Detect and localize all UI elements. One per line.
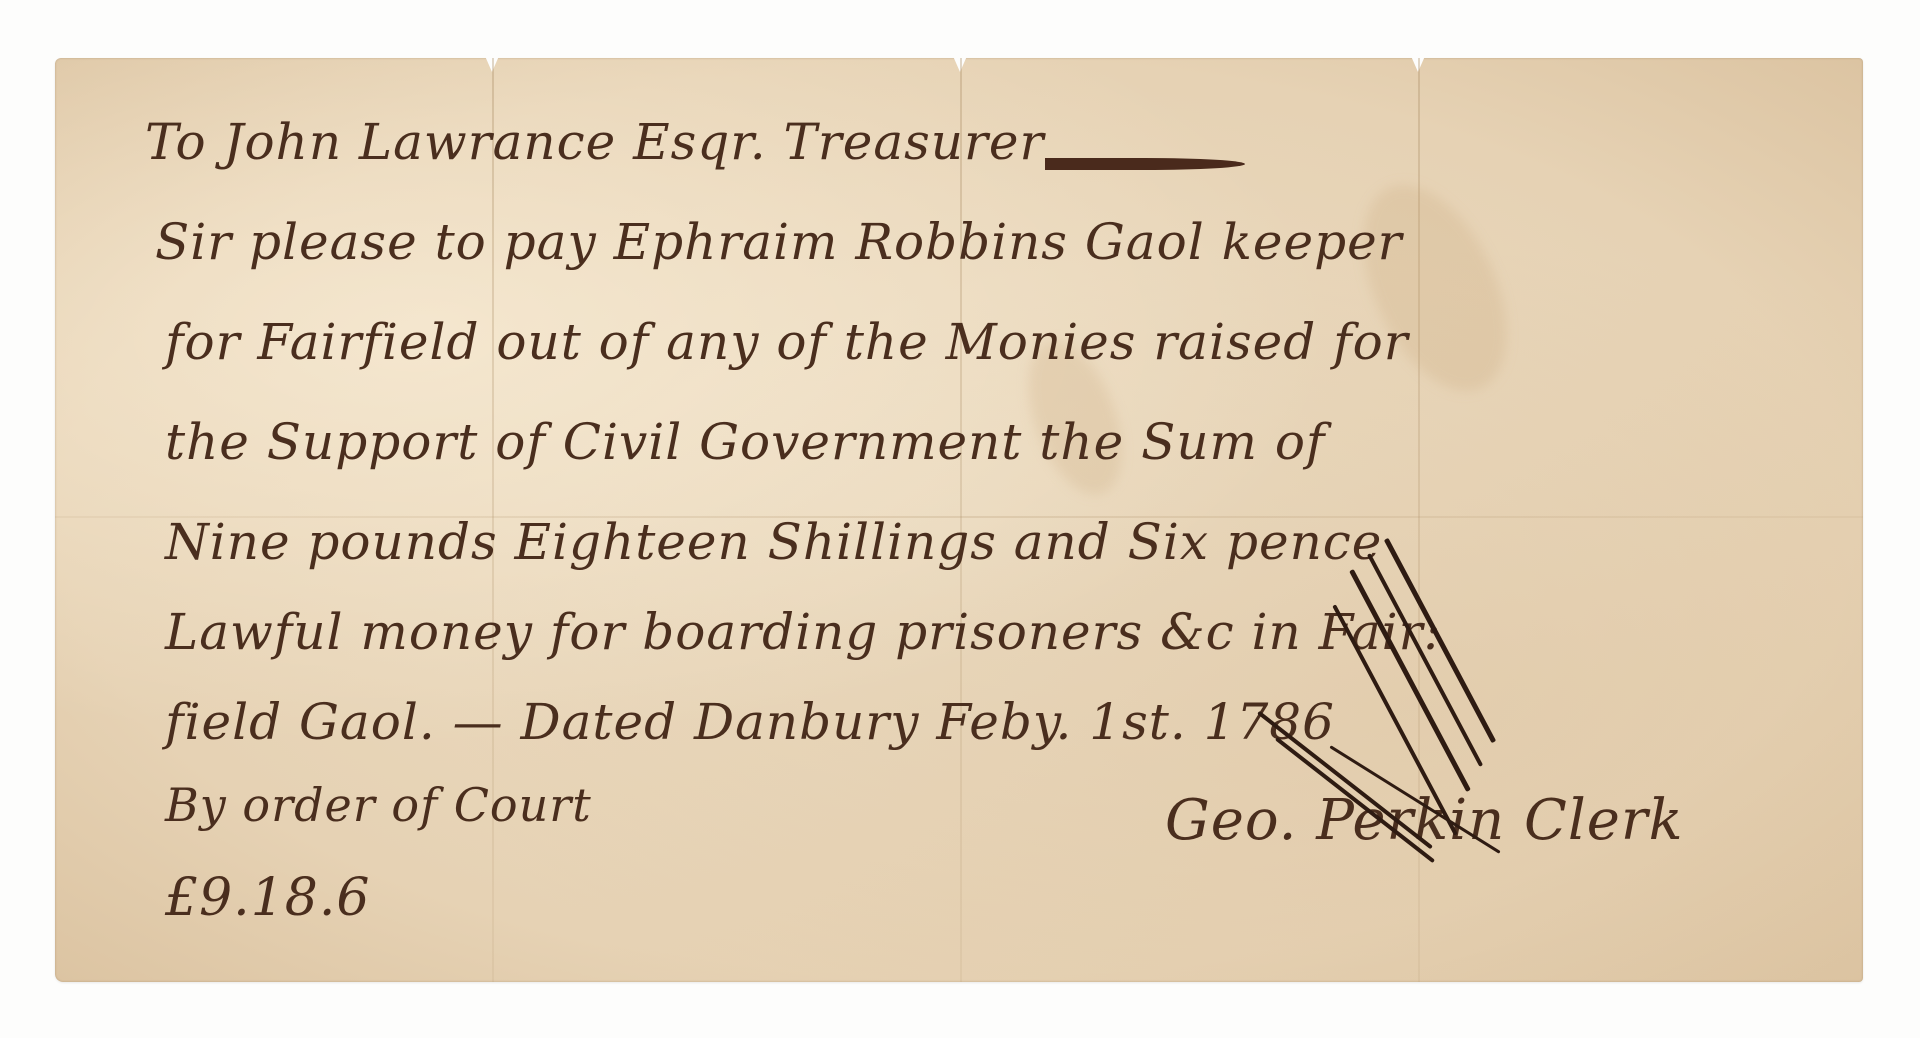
document-paper: To John Lawrance Esqr. Treasurer Sir ple…	[55, 58, 1863, 982]
body-line-3: the Support of Civil Government the Sum …	[165, 413, 1325, 471]
body-line-5: Lawful money for boarding prisoners &c i…	[165, 603, 1441, 661]
authority-line: By order of Court	[165, 778, 592, 832]
address-line: To John Lawrance Esqr. Treasurer	[145, 113, 1044, 171]
body-line-6-date: field Gaol. — Dated Danbury Feby. 1st. 1…	[165, 693, 1335, 751]
amount-total: £9.18.6	[165, 868, 370, 928]
body-line-4: Nine pounds Eighteen Shillings and Six p…	[165, 513, 1382, 571]
ink-stain	[1334, 163, 1536, 413]
body-line-1: Sir please to pay Ephraim Robbins Gaol k…	[155, 213, 1403, 271]
flourish-dash	[1045, 158, 1245, 170]
body-line-2: for Fairfield out of any of the Monies r…	[165, 313, 1409, 371]
